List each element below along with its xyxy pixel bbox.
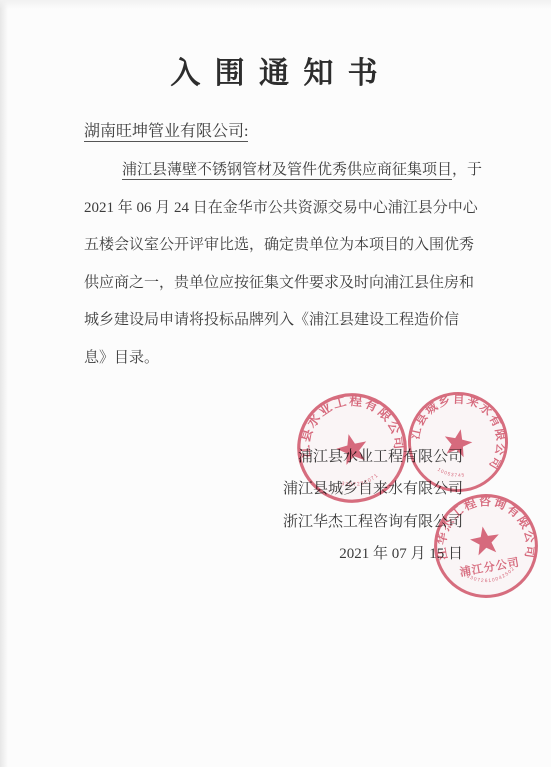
official-seal-huajie-consulting: 浙江华杰工程咨询有限公司 浦江分公司 33072610042502 <box>423 483 548 608</box>
body-line-4: 供应商之一，贵单位应按征集文件要求及时向浦江县住房和 <box>84 265 476 303</box>
scan-top-edge-shadow <box>0 0 551 9</box>
body-line-6: 息》目录。 <box>84 340 476 378</box>
project-name: 浦江县薄壁不锈钢管材及管件优秀供应商征集项目 <box>122 162 452 180</box>
document-page: 入 围 通 知 书 湖南旺坤管业有限公司: 浦江县薄壁不锈钢管材及管件优秀供应商… <box>0 0 551 767</box>
body-line-3: 五楼会议室公开评审比选，确定贵单位为本项目的入围优秀 <box>84 227 476 265</box>
recipient-line: 湖南旺坤管业有限公司: <box>84 120 248 144</box>
recipient-company-name: 湖南旺坤管业有限公司: <box>84 123 248 142</box>
body-line-1: 浦江县薄壁不锈钢管材及管件优秀供应商征集项目，于 <box>84 152 476 190</box>
document-title: 入 围 通 知 书 <box>0 48 551 92</box>
body-line-1-tail: ，于 <box>452 162 482 178</box>
body-paragraph: 浦江县薄壁不锈钢管材及管件优秀供应商征集项目，于 2021 年 06 月 24 … <box>84 152 476 377</box>
official-seal-tap-water: 浦江县城乡自来水有限公司 10053745 <box>396 380 519 503</box>
body-line-5: 城乡建设局申请将投标品牌列入《浦江县建设工程造价信 <box>84 302 476 340</box>
body-line-2: 2021 年 06 月 24 日在金华市公共资源交易中心浦江县分中心 <box>84 190 476 228</box>
scan-left-edge-shadow <box>0 0 8 767</box>
